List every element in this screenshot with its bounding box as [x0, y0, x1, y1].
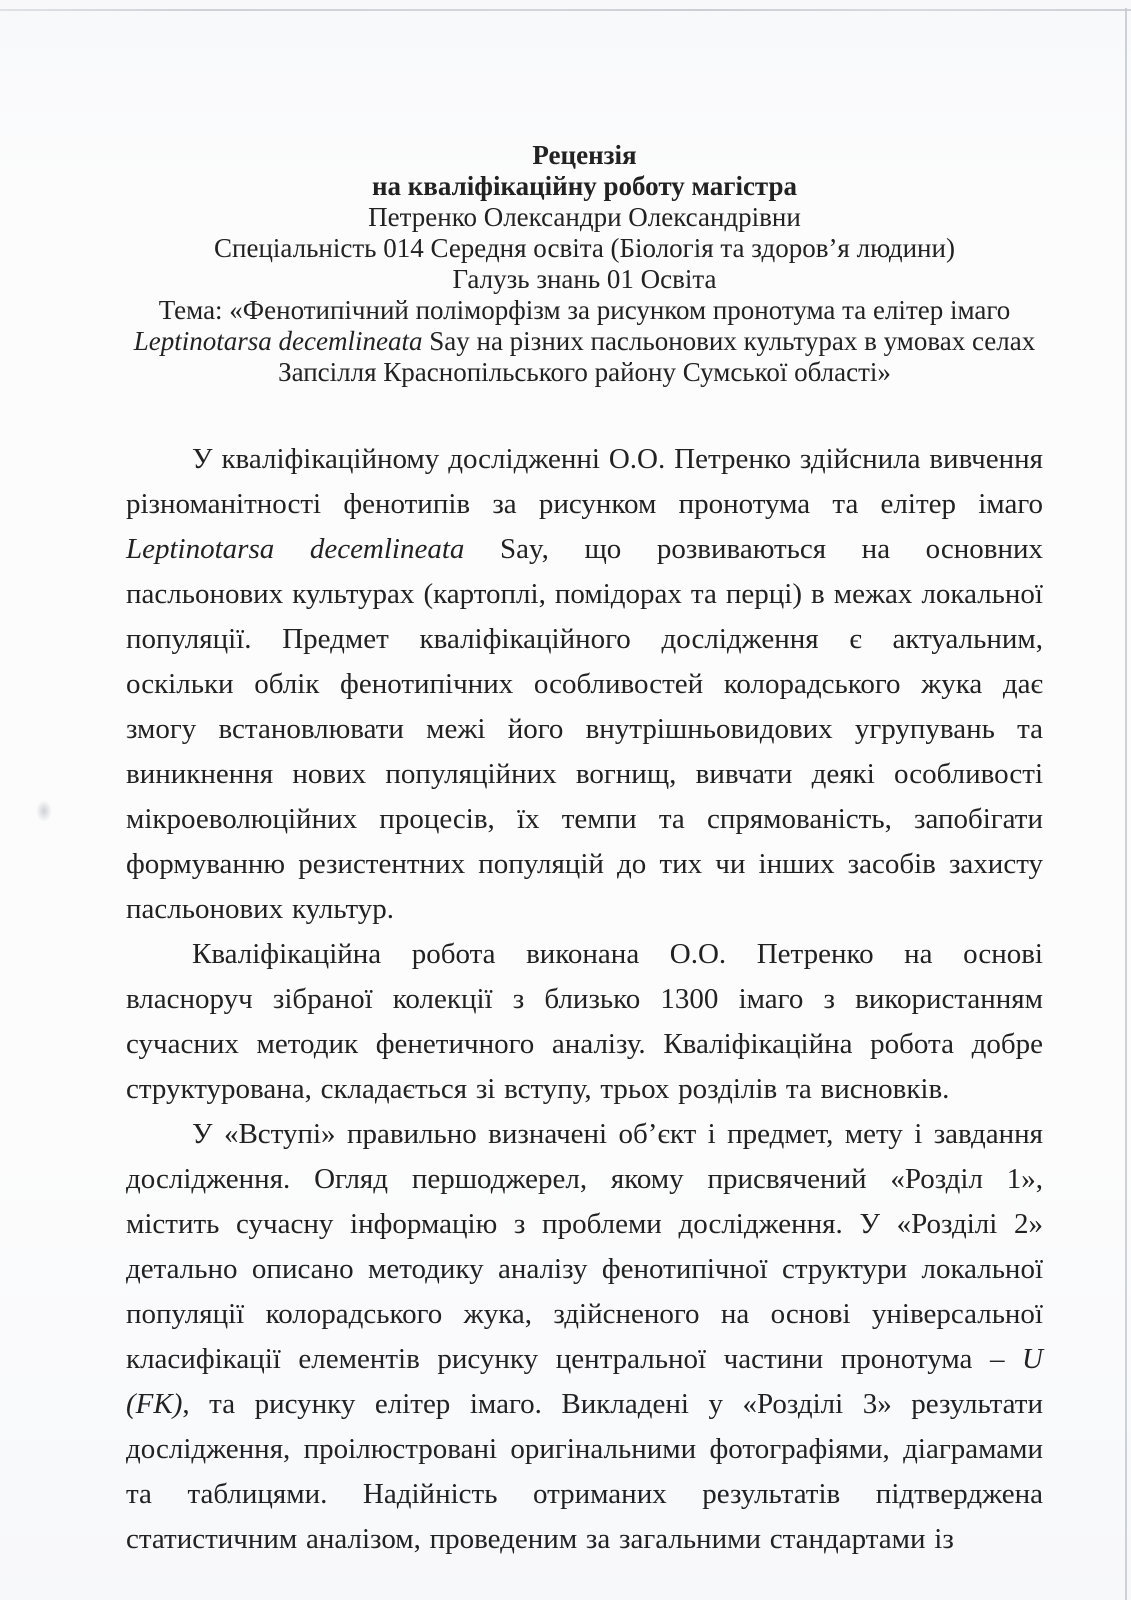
review-body: У кваліфікаційному дослідженні О.О. Петр… — [126, 437, 1043, 1562]
paragraph-structure-review: У «Вступі» правильно визначені об’єкт і … — [126, 1112, 1043, 1562]
scan-edge-right-line — [1125, 8, 1127, 1600]
specialty-line: Спеціальність 014 Середня освіта (Біолог… — [126, 233, 1043, 264]
document-content: Рецензія на кваліфікаційну роботу магіст… — [126, 140, 1043, 1562]
paragraph-1-text-continued: Say, що розвиваються на основних пасльон… — [126, 533, 1043, 925]
paragraph-study-overview: У кваліфікаційному дослідженні О.О. Петр… — [126, 437, 1043, 932]
author-name: Петренко Олександри Олександрівни — [126, 202, 1043, 233]
topic-line: Тема: «Фенотипічний поліморфізм за рисун… — [126, 295, 1043, 388]
document-title: Рецензія — [126, 140, 1043, 171]
topic-species-name: Leptinotarsa decemlineata — [134, 326, 423, 356]
paragraph-1-species-name: Leptinotarsa decemlineata — [126, 533, 464, 565]
document-subtitle: на кваліфікаційну роботу магістра — [126, 171, 1043, 202]
paragraph-3-text-continued: , та рисунку елітер імаго. Викладені у «… — [126, 1388, 1043, 1555]
paragraph-3-text: У «Вступі» правильно визначені об’єкт і … — [126, 1118, 1043, 1375]
topic-text-prefix: Тема: «Фенотипічний поліморфізм за рисун… — [159, 295, 1011, 325]
document-page: Рецензія на кваліфікаційну роботу магіст… — [0, 0, 1131, 1600]
scan-smudge — [36, 800, 52, 822]
paragraph-1-text: У кваліфікаційному дослідженні О.О. Петр… — [126, 443, 1043, 520]
document-header: Рецензія на кваліфікаційну роботу магіст… — [126, 140, 1043, 388]
paragraph-collection-methods: Кваліфікаційна робота виконана О.О. Петр… — [126, 932, 1043, 1112]
field-of-knowledge-line: Галузь знань 01 Освіта — [126, 264, 1043, 295]
paragraph-2-text: Кваліфікаційна робота виконана О.О. Петр… — [126, 938, 1043, 1105]
scan-edge-top-line — [0, 9, 1131, 11]
